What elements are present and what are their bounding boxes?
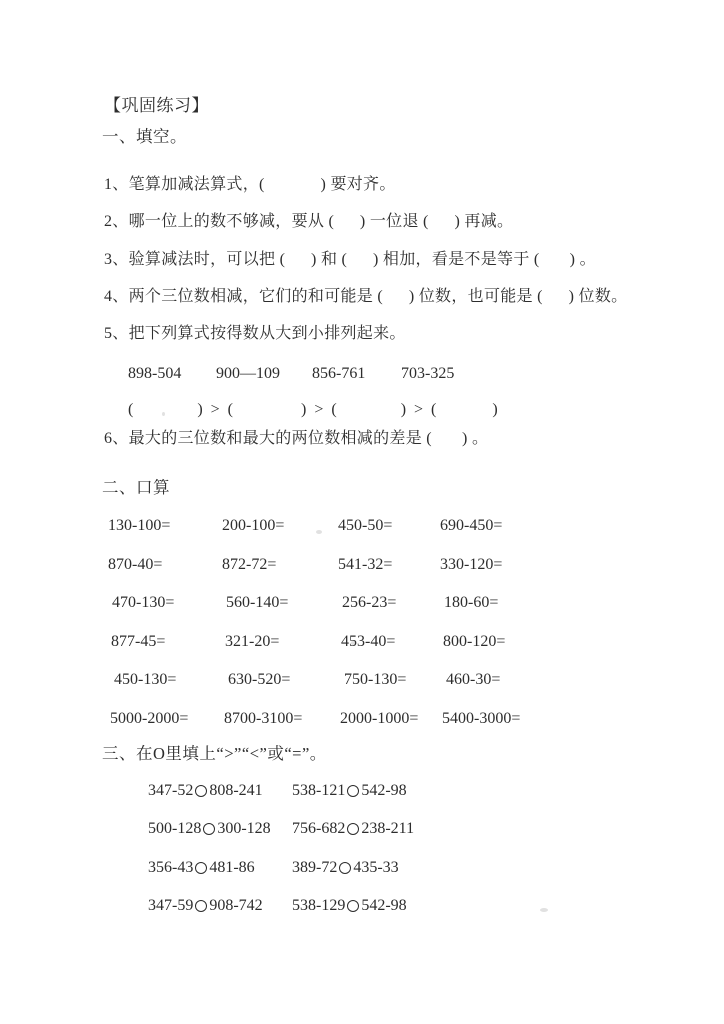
oral-calc-item: 5400-3000= [440,709,618,748]
comparison-right: 300-128 [217,820,270,837]
worksheet-title: 【巩固练习】 [104,96,209,116]
fill-blank-question-5: 5、把下列算式按得数从大到小排列起来。 [104,324,406,344]
ordering-answer-line: ( ) > ( ) > ( ) > ( ) [128,400,498,420]
expression-3: 856-761 [312,364,365,384]
comparison-right: 542-98 [361,782,406,799]
comparison-circle [339,862,351,874]
oral-calc-item: 8700-3100= [222,709,338,748]
oral-calc-item: 690-450= [440,516,618,555]
oral-calc-item: 130-100= [108,516,222,555]
comparison-item: 389-72435-33 [292,858,578,896]
comparison-item: 756-682238-211 [292,819,578,857]
oral-calc-item: 330-120= [440,555,618,594]
comparison-circle [195,862,207,874]
comparison-circle [203,823,215,835]
oral-calc-item: 541-32= [338,555,440,594]
comparison-left: 347-59 [148,897,193,914]
oral-calc-item: 5000-2000= [108,709,222,748]
oral-calc-item: 800-120= [440,632,618,671]
fill-blank-question-4: 4、两个三位数相减，它们的和可能是 ( ) 位数，也可能是 ( ) 位数。 [104,287,627,307]
oral-calc-item: 200-100= [222,516,338,555]
oral-calc-item: 872-72= [222,555,338,594]
oral-calc-item: 470-130= [108,593,222,632]
oral-calc-item: 750-130= [338,670,440,709]
oral-calc-item: 877-45= [108,632,222,671]
comparison-left: 356-43 [148,859,193,876]
comparison-left: 389-72 [292,859,337,876]
oral-calc-item: 450-50= [338,516,440,555]
oral-calc-item: 180-60= [440,593,618,632]
scan-artifact [540,908,548,912]
scan-artifact [316,530,322,534]
comparison-grid: 347-52808-241 538-121542-98 500-128300-1… [148,781,578,934]
oral-calc-item: 453-40= [338,632,440,671]
comparison-item: 500-128300-128 [148,819,292,857]
expression-1: 898-504 [128,364,181,384]
oral-calc-item: 2000-1000= [338,709,440,748]
oral-calc-item: 870-40= [108,555,222,594]
fill-blank-question-3: 3、验算减法时，可以把 ( ) 和 ( ) 相加，看是不是等于 ( ) 。 [104,250,596,270]
comparison-circle [347,900,359,912]
fill-blank-question-2: 2、哪一位上的数不够减，要从 ( ) 一位退 ( ) 再减。 [104,212,513,232]
scan-artifact [162,412,165,416]
comparison-item: 538-121542-98 [292,781,578,819]
expression-row: 898-504 900—109 856-761 703-325 [0,364,724,386]
comparison-item: 538-129542-98 [292,896,578,934]
comparison-left: 538-121 [292,782,345,799]
comparison-right: 908-742 [209,897,262,914]
comparison-item: 347-52808-241 [148,781,292,819]
expression-4: 703-325 [401,364,454,384]
fill-blank-question-1: 1、笔算加减法算式，( ) 要对齐。 [104,175,396,195]
comparison-left: 347-52 [148,782,193,799]
comparison-item: 356-43481-86 [148,858,292,896]
section2-heading: 二、口算 [102,478,170,498]
comparison-right: 542-98 [361,897,406,914]
comparison-circle [347,823,359,835]
comparison-left: 538-129 [292,897,345,914]
expression-2: 900—109 [216,364,280,384]
comparison-item: 347-59908-742 [148,896,292,934]
fill-blank-question-6: 6、最大的三位数和最大的两位数相减的差是 ( ) 。 [104,429,488,449]
comparison-right: 481-86 [209,859,254,876]
oral-calc-item: 256-23= [338,593,440,632]
comparison-right: 435-33 [353,859,398,876]
comparison-circle [195,900,207,912]
section3-heading: 三、在O里填上“>”“<”或“=”。 [102,744,327,764]
oral-calc-item: 560-140= [222,593,338,632]
scan-artifact [351,641,355,645]
comparison-right: 808-241 [209,782,262,799]
oral-calc-item: 460-30= [440,670,618,709]
oral-calc-item: 321-20= [222,632,338,671]
comparison-circle [195,785,207,797]
comparison-right: 238-211 [361,820,414,837]
oral-calc-grid: 130-100= 200-100= 450-50= 690-450= 870-4… [108,516,618,748]
oral-calc-item: 630-520= [222,670,338,709]
comparison-left: 500-128 [148,820,201,837]
comparison-circle [347,785,359,797]
oral-calc-item: 450-130= [108,670,222,709]
section1-heading: 一、填空。 [102,127,187,147]
worksheet-page: 【巩固练习】 一、填空。 1、笔算加减法算式，( ) 要对齐。 2、哪一位上的数… [0,0,724,1024]
comparison-left: 756-682 [292,820,345,837]
